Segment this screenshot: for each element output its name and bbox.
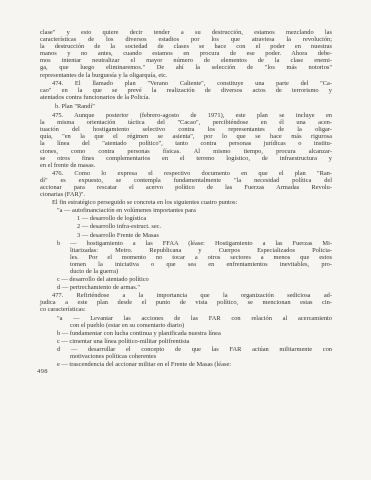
heading-plan-randi: b. Plan "Randí": [55, 103, 332, 110]
paragraph-474: 474. El llamado plan "Verano Caliente", …: [40, 80, 332, 101]
text-line: litarizadas: Metro. Republicana y Cuerpo…: [40, 247, 332, 254]
text-line: "a — autofinanciación en volúmenes impor…: [40, 207, 332, 214]
text-line: 477. Refiriéndose a la importancia que l…: [40, 292, 332, 299]
page-number: 498: [37, 368, 48, 375]
text-line: clase" y esto quiere decir tender a su d…: [40, 29, 332, 36]
text-line: b — fundamentar con lucha continua y pla…: [40, 330, 332, 337]
list-477-item-c: c — cimentar una línea político-militar …: [40, 338, 332, 345]
text-line: 1 — desarrollo de logística: [40, 215, 332, 222]
text-line: 3 — desarrollo Frente de Masas: [40, 232, 332, 239]
text-line: d — pertrechamiento de armas.": [40, 284, 332, 291]
list-476-sub-3: 3 — desarrollo Frente de Masas: [40, 232, 332, 239]
text-line: la línea del "atentado político", tanto …: [40, 140, 332, 147]
text-line: accionar para rescatar el acervo polític…: [40, 184, 332, 191]
text-line: c — cimentar una línea político-militar …: [40, 338, 332, 345]
text-line: tuación del hostigamiento selectivo cont…: [40, 126, 332, 133]
page-text: clase" y esto quiere decir tender a su d…: [40, 29, 332, 368]
text-line: características de los diversos estadios…: [40, 36, 332, 43]
text-line: b. Plan "Randí": [55, 103, 332, 110]
text-line: representantes de la burguesía y la olig…: [40, 72, 332, 79]
text-line: "a — Levantar las acciones de las FAR co…: [40, 315, 332, 322]
text-line: 475. Aunque posterior (febrero-agosto de…: [40, 112, 332, 119]
paragraph-476: 476. Como lo expresa el respectivo docum…: [40, 170, 332, 198]
text-line: 476. Como lo expresa el respectivo docum…: [40, 170, 332, 177]
text-line: cionarias (FAR)".: [40, 191, 332, 198]
text-line: la destrucción de la sociedad de clases …: [40, 43, 332, 50]
text-line: 2 — desarrollo infra-estruct. sec.: [40, 223, 332, 230]
text-line: tomen la iniciativa o que sea en enfrent…: [40, 261, 332, 268]
text-line: manos y no antes, cuando estamos en proc…: [40, 50, 332, 57]
text-line: judica a este plan desde el punto de vis…: [40, 299, 332, 306]
text-line: cao" en la que se prevé la realización d…: [40, 87, 332, 94]
list-477-item-e: e — trascendencia del accionar militar e…: [40, 361, 332, 368]
list-477-item-d: d — desarrollar el concepto de que las F…: [40, 346, 332, 360]
scanned-page: clase" y esto quiere decir tender a su d…: [0, 0, 371, 480]
text-line: dí" es expuesto, se contempla fundamenta…: [40, 177, 332, 184]
text-line: c — desarrollo del atentado político: [40, 276, 332, 283]
list-476-item-a: "a — autofinanciación en volúmenes impor…: [40, 207, 332, 214]
text-line: El fin estratégico perseguido se concret…: [40, 199, 332, 206]
text-line: motivaciones políticas coherentes: [40, 353, 332, 360]
text-line: ducto de la guerra): [40, 268, 332, 275]
paragraph-475: 475. Aunque posterior (febrero-agosto de…: [40, 112, 332, 169]
text-line: b — hostigamiento a las FFAA (léase: Hos…: [40, 240, 332, 247]
list-476-item-b: b — hostigamiento a las FFAA (léase: Hos…: [40, 240, 332, 275]
paragraph-477: 477. Refiriéndose a la importancia que l…: [40, 292, 332, 313]
text-line: quía, "en la que el régimen se asienta",…: [40, 133, 332, 140]
text-line: les. Por el momento no tocar a otros sec…: [40, 254, 332, 261]
text-line: la misma orientación táctica del "Cacao"…: [40, 119, 332, 126]
list-476-item-c: c — desarrollo del atentado político: [40, 276, 332, 283]
list-476-sub-2: 2 — desarrollo infra-estruct. sec.: [40, 223, 332, 230]
paragraph-continuation: clase" y esto quiere decir tender a su d…: [40, 29, 332, 79]
text-line: ga, que luego eliminaremos." De ahí la s…: [40, 64, 332, 71]
list-476-item-d: d — pertrechamiento de armas.": [40, 284, 332, 291]
text-line: e — trascendencia del accionar militar e…: [40, 361, 332, 368]
text-line: d — desarrollar el concepto de que las F…: [40, 346, 332, 353]
text-line: 474. El llamado plan "Verano Caliente", …: [40, 80, 332, 87]
text-line: co características:: [40, 306, 332, 313]
text-line: mos intentar neutralizar el mayor número…: [40, 57, 332, 64]
list-476-sub-1: 1 — desarrollo de logística: [40, 215, 332, 222]
list-477-item-a: "a — Levantar las acciones de las FAR co…: [40, 315, 332, 329]
text-line: en el frente de masas.: [40, 162, 332, 169]
list-477-item-b: b — fundamentar con lucha continua y pla…: [40, 330, 332, 337]
text-line: atentados contra funcionarios de la Poli…: [40, 94, 332, 101]
text-line: ciones, como contra personas físicas. Al…: [40, 148, 332, 155]
text-line: se otros fines complementarios en el ter…: [40, 155, 332, 162]
strategic-goal-intro: El fin estratégico perseguido se concret…: [40, 199, 332, 206]
text-line: con el pueblo (estar en su comentario di…: [40, 322, 332, 329]
